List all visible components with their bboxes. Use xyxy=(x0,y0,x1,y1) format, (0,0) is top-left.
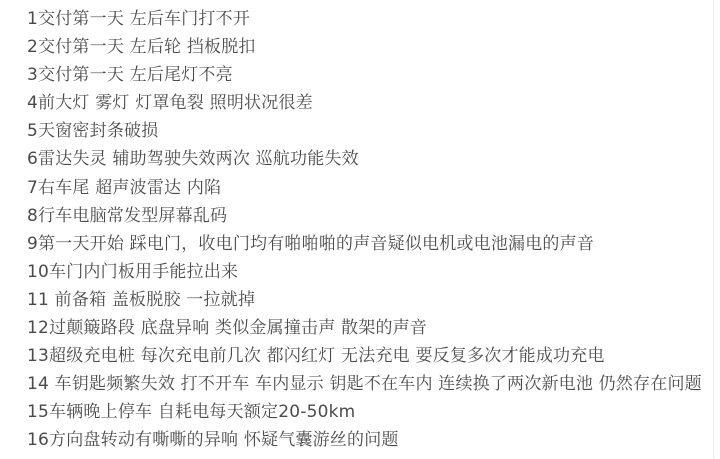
list-item: 14 车钥匙频繁失效 打不开车 车内显示 钥匙不在车内 连续换了两次新电池 仍然… xyxy=(27,370,710,398)
list-item: 5天窗密封条破损 xyxy=(27,117,710,145)
list-item: 2交付第一天 左后轮 挡板脱扣 xyxy=(27,33,710,61)
list-item: 8行车电脑常发型屏幕乱码 xyxy=(27,202,710,230)
list-item: 13超级充电桩 每次充电前几次 都闪红灯 无法充电 要反复多次才能成功充电 xyxy=(27,342,710,370)
list-item: 9第一天开始 踩电门，收电门均有啪啪啪的声音疑似电机或电池漏电的声音 xyxy=(27,230,710,258)
list-item: 11 前备箱 盖板脱胶 一拉就掉 xyxy=(27,286,710,314)
list-item: 4前大灯 雾灯 灯罩龟裂 照明状况很差 xyxy=(27,89,710,117)
issue-list: 1交付第一天 左后车门打不开2交付第一天 左后轮 挡板脱扣3交付第一天 左后尾灯… xyxy=(27,5,710,455)
list-item: 3交付第一天 左后尾灯不亮 xyxy=(27,61,710,89)
list-item: 10车门内门板用手能拉出来 xyxy=(27,258,710,286)
list-item: 7右车尾 超声波雷达 内陷 xyxy=(27,174,710,202)
list-item: 12过颠簸路段 底盘异响 类似金属撞击声 散架的声音 xyxy=(27,314,710,342)
list-item: 6雷达失灵 辅助驾驶失效两次 巡航功能失效 xyxy=(27,145,710,173)
list-item: 15车辆晚上停车 自耗电每天额定20-50km xyxy=(27,398,710,426)
document-page: 1交付第一天 左后车门打不开2交付第一天 左后轮 挡板脱扣3交付第一天 左后尾灯… xyxy=(0,0,720,459)
list-item: 1交付第一天 左后车门打不开 xyxy=(27,5,710,33)
page-edge-divider xyxy=(713,0,714,459)
list-item: 16方向盘转动有嘶嘶的异响 怀疑气囊游丝的问题 xyxy=(27,426,710,454)
